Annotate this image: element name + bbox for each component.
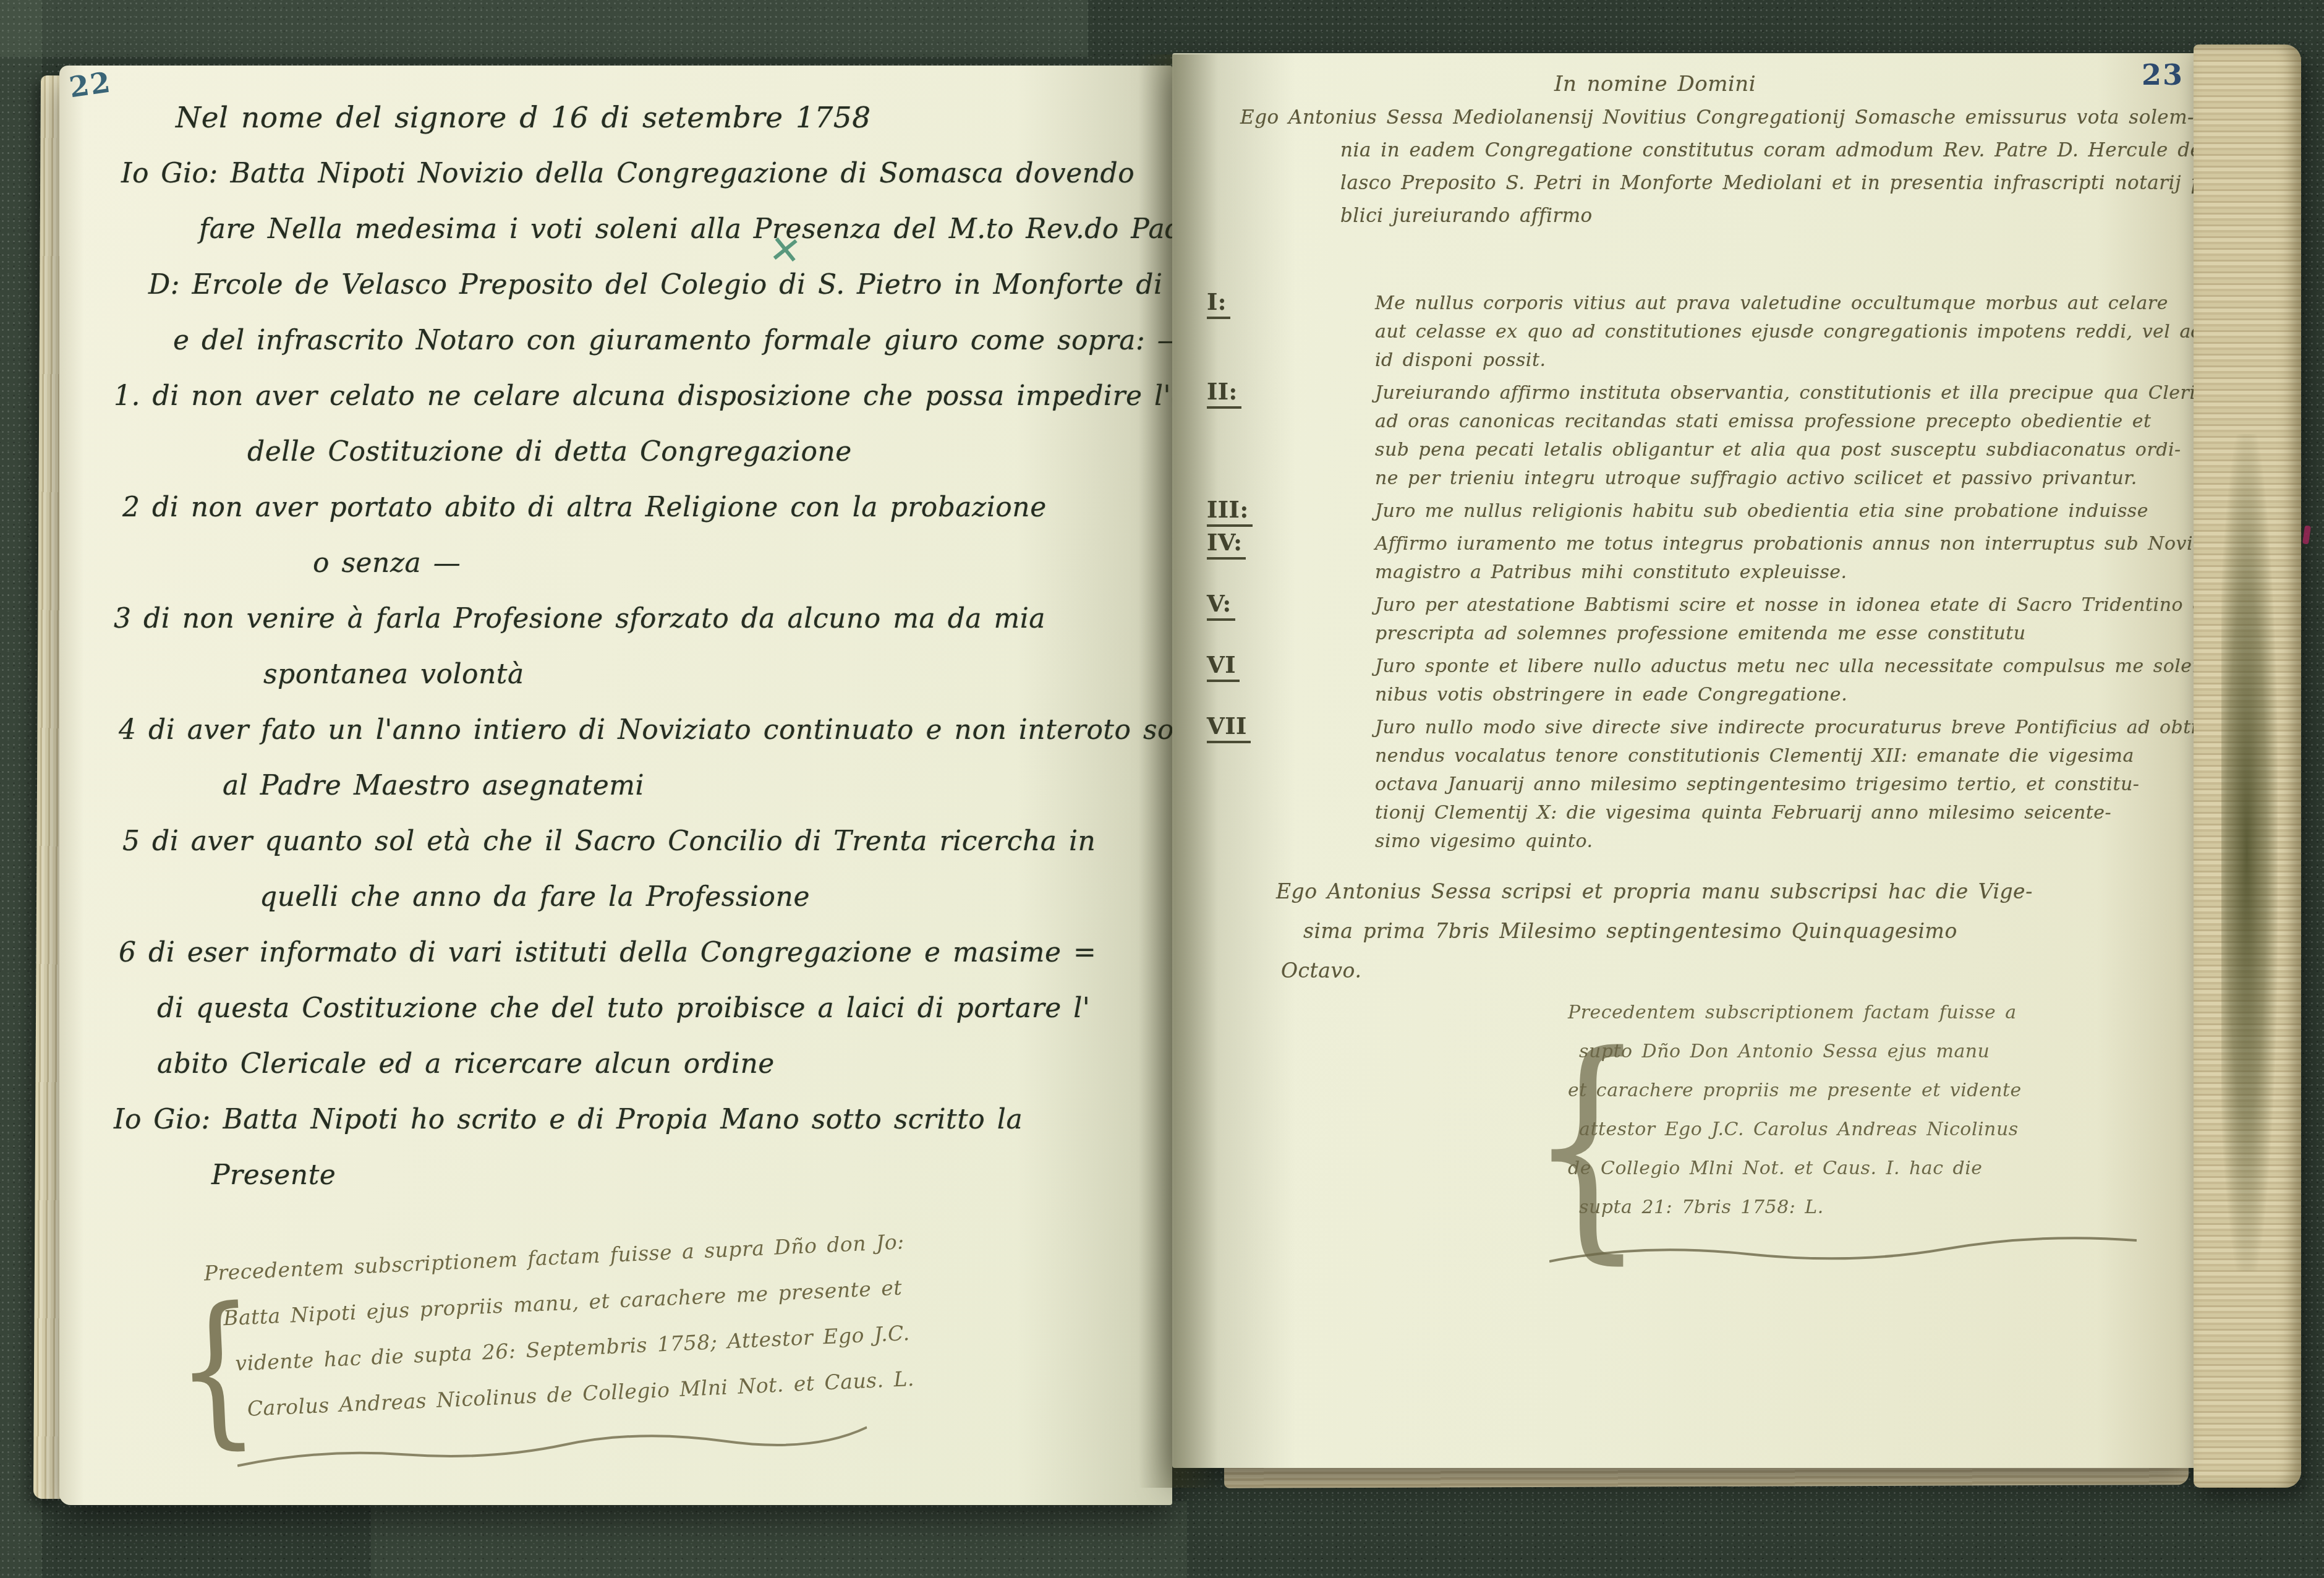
scanner-background-band xyxy=(371,1501,1187,1578)
manuscript-line: Jureiurando affirmo instituta observanti… xyxy=(1375,379,2268,407)
manuscript-line: Juro nullo modo sive directe sive indire… xyxy=(1375,714,2268,742)
manuscript-line: Juro me nullus religionis habitu sub obe… xyxy=(1375,497,2268,526)
oath-item: VI Juro sponte et libere nullo aductus m… xyxy=(1288,652,2268,709)
manuscript-line: aut celasse ex quo ad constitutiones eju… xyxy=(1375,318,2268,346)
manuscript-scan: 22 ✕ Nel nome del signore d 16 di setemb… xyxy=(0,0,2324,1578)
manuscript-line: nendus vocalatus tenore constitutionis C… xyxy=(1375,742,2268,770)
manuscript-line: prescripta ad solemnes professione emite… xyxy=(1375,620,2268,648)
oath-item: VII Juro nullo modo sive directe sive in… xyxy=(1288,714,2268,856)
manuscript-line: e del infrascrito Notaro con giuramento … xyxy=(173,313,1313,369)
manuscript-line: lasco Preposito S. Petri in Monforte Med… xyxy=(1340,167,2268,200)
manuscript-line: Octavo. xyxy=(1281,951,2268,991)
notary-brace-icon: { xyxy=(172,1286,261,1454)
left-page-text: Nel nome del signore d 16 di setembre 17… xyxy=(114,90,1313,1409)
manuscript-line: blici jureiurando affirmo xyxy=(1340,200,2268,232)
notary-line: attestor Ego J.C. Carolus Andreas Nicoli… xyxy=(1579,1110,2268,1149)
closing-statement: Ego Antonius Sessa scripsi et propria ma… xyxy=(1276,872,2268,991)
notary-line: supto Dño Don Antonio Sessa ejus manu xyxy=(1579,1032,2268,1071)
manuscript-line: simo vigesimo quinto. xyxy=(1375,827,2268,856)
notary-brace-icon: { xyxy=(1528,1024,1646,1265)
oath-item: I: Me nullus corporis vitius aut prava v… xyxy=(1288,289,2268,375)
notary-line: et carachere propriis me presente et vid… xyxy=(1568,1071,2268,1110)
manuscript-line: Juro per atestatione Babtismi scire et n… xyxy=(1375,591,2268,620)
manuscript-line: id disponi possit. xyxy=(1375,346,2268,375)
manuscript-line: Juro sponte et libere nullo aductus metu… xyxy=(1375,652,2268,681)
right-notary-block: { Precedentem subscriptionem factam fuis… xyxy=(1568,993,2268,1227)
notary-line: de Collegio Mlni Not. et Caus. I. hac di… xyxy=(1568,1149,2268,1188)
roman-numeral: I: xyxy=(1207,288,1230,319)
manuscript-line: magistro a Patribus mihi constituto expl… xyxy=(1375,558,2268,587)
manuscript-line: nibus votis obstringere in eade Congrega… xyxy=(1375,681,2268,709)
roman-numeral: IV: xyxy=(1207,529,1246,560)
manuscript-line: Ego Antonius Sessa Mediolanensij Novitiu… xyxy=(1240,101,2268,134)
manuscript-line: Presente xyxy=(211,1148,1313,1203)
left-notary-block: { Precedentem subscriptionem factam fuis… xyxy=(203,1201,1316,1434)
manuscript-line: nia in eadem Congregatione constitutus c… xyxy=(1340,134,2268,167)
notary-line: Precedentem subscriptionem factam fuisse… xyxy=(1568,993,2268,1032)
manuscript-line: di questa Costituzione che del tuto proi… xyxy=(157,981,1313,1036)
manuscript-line: Io Gio: Batta Nipoti Novizio della Congr… xyxy=(121,146,1313,202)
scanner-background-band xyxy=(0,0,1088,57)
manuscript-line: Me nullus corporis vitius aut prava vale… xyxy=(1375,289,2268,318)
manuscript-line: Affirmo iuramento me totus integrus prob… xyxy=(1375,530,2268,558)
manuscript-line: 2 di non aver portato abito di altra Rel… xyxy=(122,480,1313,535)
manuscript-line: sima prima 7bris Milesimo septingentesim… xyxy=(1303,911,2268,951)
oath-item: IV: Affirmo iuramento me totus integrus … xyxy=(1288,530,2268,587)
manuscript-line: 3 di non venire à farla Profesione sforz… xyxy=(114,591,1313,647)
manuscript-line: sub pena pecati letalis obligantur et al… xyxy=(1375,436,2268,464)
manuscript-line: tionij Clementij X: die vigesima quinta … xyxy=(1375,799,2268,827)
oath-item: III: Juro me nullus religionis habitu su… xyxy=(1288,497,2268,526)
manuscript-line: spontanea volontà xyxy=(263,647,1313,702)
manuscript-line: ad oras canonicas recitandas stati emiss… xyxy=(1375,407,2268,436)
manuscript-line: al Padre Maestro asegnatemi xyxy=(223,758,1313,814)
oath-items: I: Me nullus corporis vitius aut prava v… xyxy=(1288,289,2268,856)
manuscript-line: 5 di aver quanto sol età che il Sacro Co… xyxy=(122,814,1313,869)
left-page: 22 ✕ Nel nome del signore d 16 di setemb… xyxy=(59,66,1172,1505)
manuscript-line: 4 di aver fato un l'anno intiero di Novi… xyxy=(119,702,1313,758)
manuscript-line: D: Ercole de Velasco Preposito del Coleg… xyxy=(148,257,1313,313)
oath-item: II: Jureiurando affirmo instituta observ… xyxy=(1288,379,2268,493)
page-heading: In nomine Domini xyxy=(1554,70,2268,98)
fore-edge-page-stack xyxy=(2194,45,2301,1488)
edge-ink-mark xyxy=(2302,525,2311,544)
roman-numeral: V: xyxy=(1207,590,1235,621)
manuscript-line: Ego Antonius Sessa scripsi et propria ma… xyxy=(1276,872,2268,911)
manuscript-line: delle Costituzione di detta Congregazion… xyxy=(247,424,1313,480)
page-number: 22 xyxy=(67,66,114,104)
oath-intro: Ego Antonius Sessa Mediolanensij Novitiu… xyxy=(1240,101,2268,232)
manuscript-line: Io Gio: Batta Nipoti ho scrito e di Prop… xyxy=(114,1092,1313,1148)
right-page-text: In nomine Domini Ego Antonius Sessa Medi… xyxy=(1288,70,2268,1227)
oath-item: V: Juro per atestatione Babtismi scire e… xyxy=(1288,591,2268,648)
manuscript-line: quelli che anno da fare la Professione xyxy=(260,869,1313,925)
notary-line: supta 21: 7bris 1758: L. xyxy=(1579,1188,2268,1227)
roman-numeral: III: xyxy=(1207,496,1253,527)
manuscript-line: Nel nome del signore d 16 di setembre 17… xyxy=(176,90,1313,146)
manuscript-line: fare Nella medesima i voti soleni alla P… xyxy=(199,202,1313,257)
manuscript-line: ne per trieniu integru utroque suffragio… xyxy=(1375,464,2268,493)
right-page: 23 In nomine Domini Ego Antonius Sessa M… xyxy=(1172,53,2200,1468)
flourish-underline xyxy=(1549,1235,2137,1269)
manuscript-line: octava Januarij anno milesimo septingent… xyxy=(1375,770,2268,799)
manuscript-line: o senza — xyxy=(313,535,1313,591)
roman-numeral: VI xyxy=(1207,651,1240,682)
roman-numeral: II: xyxy=(1207,378,1241,409)
fore-edge-tear xyxy=(2221,434,2277,1271)
manuscript-line: abito Clericale ed a ricercare alcun ord… xyxy=(157,1036,1313,1092)
manuscript-line: 1. di non aver celato ne celare alcuna d… xyxy=(114,369,1313,424)
manuscript-line: 6 di eser informato di vari istituti del… xyxy=(119,925,1313,981)
roman-numeral: VII xyxy=(1207,712,1251,743)
